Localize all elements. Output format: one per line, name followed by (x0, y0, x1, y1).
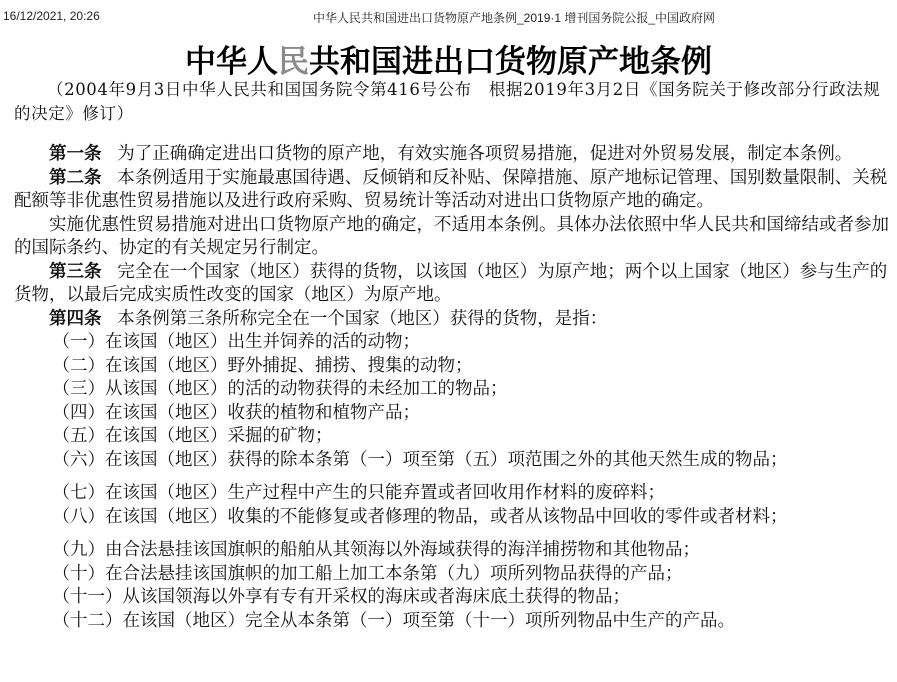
article-label: 第四条 (49, 309, 102, 329)
article-3: 第三条完全在一个国家（地区）获得的货物，以该国（地区）为原产地；两个以上国家（地… (14, 261, 894, 308)
list-item: （六）在该国（地区）获得的除本条第（一）项至第（五）项范围之外的其他天然生成的物… (14, 449, 894, 473)
article-text: 为了正确确定进出口货物的原产地，有效实施各项贸易措施，促进对外贸易发展，制定本条… (117, 144, 852, 164)
title-part-1: 中华人 (185, 44, 278, 80)
article-1: 第一条为了正确确定进出口货物的原产地，有效实施各项贸易措施，促进对外贸易发展，制… (14, 143, 894, 167)
list-item: （三）从该国（地区）的活的动物获得的未经加工的物品； (14, 378, 894, 402)
list-item: （十一）从该国领海以外享有专有开采权的海床或者海床底土获得的物品； (14, 586, 894, 610)
document-subtitle: （2004年9月3日中华人民共和国国务院令第416号公布 根据2019年3月2日… (14, 78, 894, 125)
title-part-faded: 民 (278, 44, 309, 80)
article-2-paragraph-2: 实施优惠性贸易措施对进出口货物原产地的确定，不适用本条例。具体办法依照中华人民共… (14, 214, 894, 261)
document-title: 中华人民共和国进出口货物原产地条例 (0, 36, 897, 81)
article-label: 第二条 (49, 168, 102, 188)
print-date: 16/12/2021, 20:26 (3, 9, 100, 23)
article-text: 本条例适用于实施最惠国待遇、反倾销和反补贴、保障措施、原产地标记管理、国别数量限… (14, 168, 887, 212)
list-item: （一）在该国（地区）出生并饲养的活的动物； (14, 331, 894, 355)
list-item: （十二）在该国（地区）完全从本条第（一）项至第（十一）项所列物品中生产的产品。 (14, 610, 894, 634)
list-item: （十）在合法悬挂该国旗帜的加工船上加工本条第（九）项所列物品获得的产品； (14, 563, 894, 587)
list-item: （五）在该国（地区）采掘的矿物； (14, 425, 894, 449)
article-text: 本条例第三条所称完全在一个国家（地区）获得的货物，是指： (117, 309, 607, 329)
list-item: （四）在该国（地区）收获的植物和植物产品； (14, 402, 894, 426)
list-item: （八）在该国（地区）收集的不能修复或者修理的物品，或者从该物品中回收的零件或者材… (14, 506, 894, 530)
article-label: 第一条 (49, 144, 102, 164)
print-page-title: 中华人民共和国进出口货物原产地条例_2019·1 增刊国务院公报_中国政府网 (313, 9, 715, 26)
list-item: （七）在该国（地区）生产过程中产生的只能弃置或者回收用作材料的废碎料； (14, 482, 894, 506)
article-2: 第二条本条例适用于实施最惠国待遇、反倾销和反补贴、保障措施、原产地标记管理、国别… (14, 167, 894, 214)
document-body: （2004年9月3日中华人民共和国国务院令第416号公布 根据2019年3月2日… (14, 78, 894, 633)
title-part-2: 共和国进出口货物原产地条例 (309, 44, 712, 80)
print-header: 16/12/2021, 20:26 中华人民共和国进出口货物原产地条例_2019… (0, 0, 897, 30)
article-4: 第四条本条例第三条所称完全在一个国家（地区）获得的货物，是指： (14, 308, 894, 332)
list-item: （二）在该国（地区）野外捕捉、捕捞、搜集的动物； (14, 355, 894, 379)
article-label: 第三条 (49, 262, 102, 282)
list-item: （九）由合法悬挂该国旗帜的船舶从其领海以外海域获得的海洋捕捞物和其他物品； (14, 539, 894, 563)
article-text: 完全在一个国家（地区）获得的货物，以该国（地区）为原产地；两个以上国家（地区）参… (14, 262, 887, 306)
